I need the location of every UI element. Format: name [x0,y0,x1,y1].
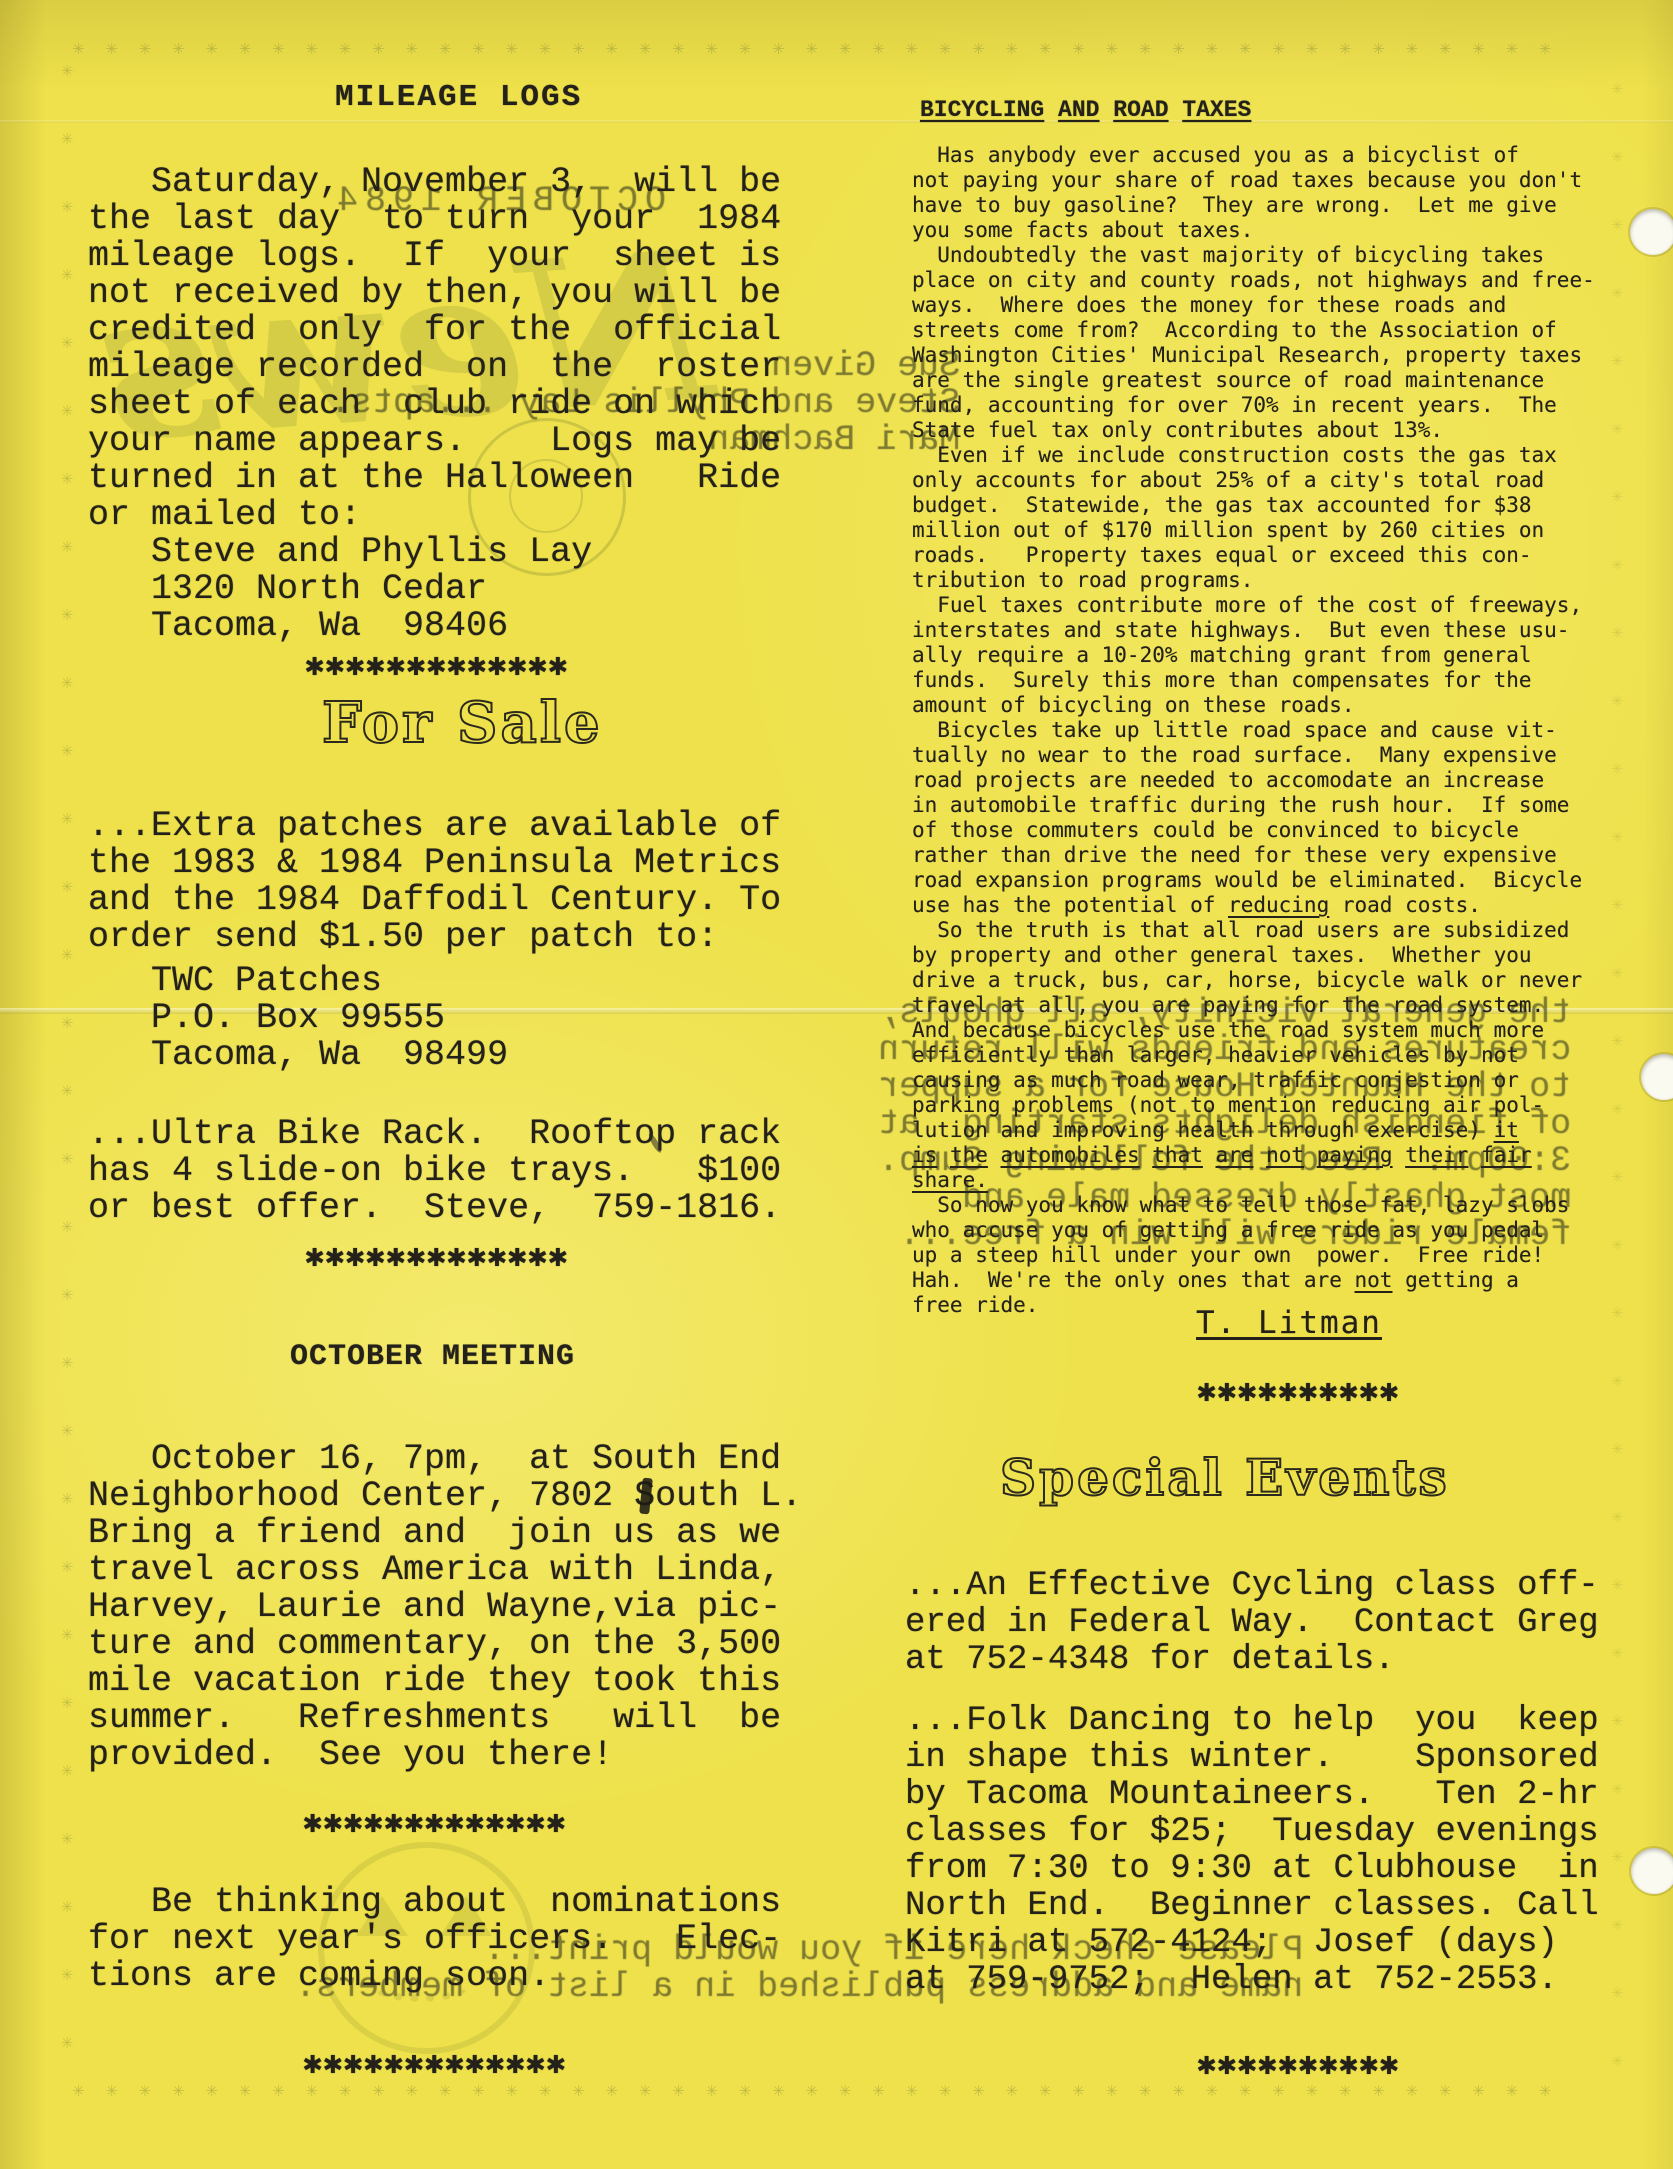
byline-text: T. Litman [1196,1305,1382,1341]
cycling-class-item: ...An Effective Cycling class off-ered i… [905,1568,1599,1679]
asterisk-divider: ✱✱✱✱✱✱✱✱✱✱✱✱✱ [305,645,568,685]
road-taxes-article: Has anybody ever accused you as a bicycl… [912,143,1595,1318]
october-meeting-heading: OCTOBER MEETING [290,1340,575,1374]
folk-dancing-item: ...Folk Dancing to help you keepin shape… [905,1703,1599,1999]
mileage-logs-heading: MILEAGE LOGS [335,80,582,115]
october-meeting-paragraph: October 16, 7pm, at South EndNeighborhoo… [88,1441,802,1774]
twc-patches-address: TWC Patches P.O. Box 99555 Tacoma, Wa 98… [88,963,508,1074]
article-byline: T. Litman [1196,1305,1382,1341]
bike-rack-ad-paragraph: ...Ultra Bike Rack. Rooftop rackhas 4 sl… [88,1116,781,1227]
asterisk-divider: ✱✱✱✱✱✱✱✱✱✱✱✱✱ [303,1802,566,1842]
punch-hole [1641,1054,1673,1100]
mileage-logs-paragraph: Saturday, November 3, will bethe last da… [88,164,781,645]
punch-hole [1631,1848,1673,1894]
for-sale-outline-text: For Sale [322,690,603,756]
special-events-heading: Special Events [1000,1448,1450,1507]
road-taxes-heading: BICYCLING AND ROAD TAXES [920,97,1251,123]
punch-hole [1630,209,1673,255]
asterisk-divider: ✱✱✱✱✱✱✱✱✱✱✱✱✱ [303,2043,566,2083]
asterisk-divider: ✱✱✱✱✱✱✱✱✱✱ [1197,2044,1400,2084]
ghost-border-bottom: ✳ ✳ ✳ ✳ ✳ ✳ ✳ ✳ ✳ ✳ ✳ ✳ ✳ ✳ ✳ ✳ ✳ ✳ ✳ ✳ … [72,2082,1567,2100]
nominations-paragraph: Be thinking about nominationsfor next ye… [88,1884,781,1995]
paper-fold-crease-faint [0,120,1673,123]
asterisk-divider: ✱✱✱✱✱✱✱✱✱✱ [1197,1371,1400,1411]
patches-ad-paragraph: ...Extra patches are available ofthe 198… [88,808,781,956]
asterisk-divider: ✱✱✱✱✱✱✱✱✱✱✱✱✱ [305,1236,568,1276]
ghost-border-left: ✳ ✳ ✳ ✳ ✳ ✳ ✳ ✳ ✳ ✳ ✳ ✳ ✳ ✳ ✳ ✳ ✳ ✳ ✳ ✳ … [58,62,76,2072]
ghost-border-right: ✳ ✳ ✳ ✳ ✳ ✳ ✳ ✳ ✳ ✳ ✳ ✳ ✳ ✳ ✳ ✳ ✳ ✳ ✳ ✳ … [1608,80,1626,2090]
for-sale-heading: For Sale [322,690,603,756]
ghost-border-top: ✳ ✳ ✳ ✳ ✳ ✳ ✳ ✳ ✳ ✳ ✳ ✳ ✳ ✳ ✳ ✳ ✳ ✳ ✳ ✳ … [72,40,1567,58]
newsletter-page: ✳ ✳ ✳ ✳ ✳ ✳ ✳ ✳ ✳ ✳ ✳ ✳ ✳ ✳ ✳ ✳ ✳ ✳ ✳ ✳ … [0,0,1673,2169]
special-events-outline-text: Special Events [1000,1448,1450,1507]
